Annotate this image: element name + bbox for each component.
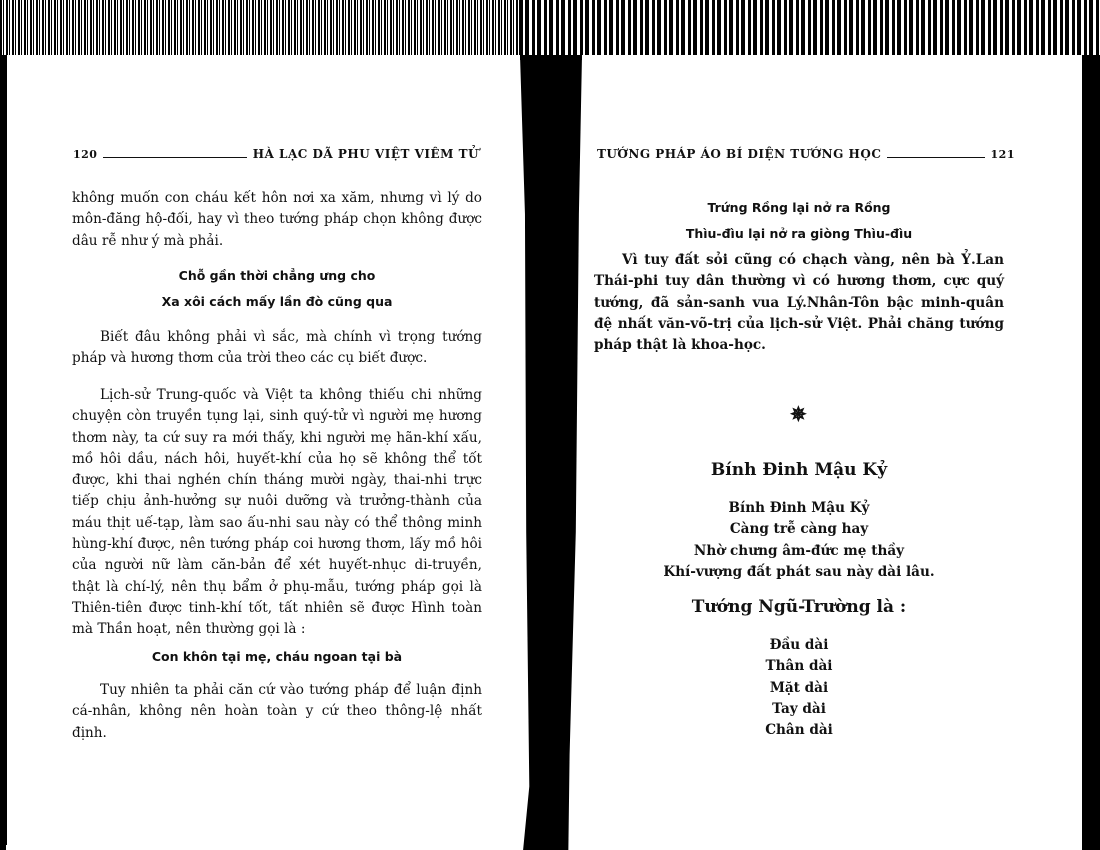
subsection-title: Tướng Ngũ-Trường là : (594, 597, 1004, 617)
paragraph-text: Vì tuy đất sỏi cũng có chạch vàng, nên b… (594, 250, 1004, 356)
header-rule (887, 157, 984, 158)
verse-line: Chỗ gần thời chẳng ưng cho (72, 263, 482, 289)
left-page-edge (0, 55, 7, 850)
verse-line: Xa xôi cách mấy lần đò cũng qua (72, 289, 482, 315)
left-running-head: 120 HÀ LẠC DÃ PHU VIỆT VIÊM TỬ (73, 147, 479, 161)
book-spine-shadow (520, 55, 582, 850)
verse-couplet: Chỗ gần thời chẳng ưng cho Xa xôi cách m… (72, 263, 482, 315)
paragraph: Biết đâu không phải vì sắc, mà chính vì … (72, 327, 482, 370)
verse-line: Con khôn tại mẹ, cháu ngoan tại bà (72, 644, 482, 670)
scan-stripes-right (520, 0, 1100, 60)
paragraph-text: Biết đâu không phải vì sắc, mà chính vì … (72, 327, 482, 370)
poem-line: Bính Đinh Mậu Kỷ (594, 498, 1004, 519)
paragraph-text: Lịch-sử Trung-quốc và Việt ta không thiế… (72, 385, 482, 641)
left-page: 120 HÀ LẠC DÃ PHU VIỆT VIÊM TỬ không muố… (7, 55, 520, 850)
verse-line: Trứng Rồng lại nở ra Rồng (594, 195, 1004, 221)
right-page-edge (1082, 55, 1100, 850)
verse-couplet: Trứng Rồng lại nở ra Rồng Thìu-đìu lại n… (594, 195, 1004, 247)
paragraph: Lịch-sử Trung-quốc và Việt ta không thiế… (72, 385, 482, 641)
poem-line: Khí-vượng đất phát sau này dài lâu. (594, 562, 1004, 583)
poem-line: Nhờ chưng âm-đức mẹ thầy (594, 541, 1004, 562)
list-item: Mặt dài (594, 678, 1004, 699)
section-title: Bính Đinh Mậu Kỷ (594, 460, 1004, 480)
right-running-head: TƯỚNG PHÁP ÁO BÍ DIỆN TƯỚNG HỌC 121 (597, 147, 1015, 161)
list-item: Tay dài (594, 699, 1004, 720)
verse-line-block: Con khôn tại mẹ, cháu ngoan tại bà (72, 644, 482, 670)
page-number: 120 (73, 148, 97, 161)
header-rule (103, 157, 246, 158)
poem-line: Càng trễ càng hay (594, 519, 1004, 540)
paragraph: Vì tuy đất sỏi cũng có chạch vàng, nên b… (594, 250, 1004, 356)
verse-line: Thìu-đìu lại nở ra giòng Thìu-đìu (594, 221, 1004, 247)
book-title-header: TƯỚNG PHÁP ÁO BÍ DIỆN TƯỚNG HỌC (597, 147, 881, 161)
list-item: Chân dài (594, 720, 1004, 741)
right-page: TƯỚNG PHÁP ÁO BÍ DIỆN TƯỚNG HỌC 121 Trứn… (582, 55, 1082, 850)
ornament-star-icon: ✵ (790, 402, 807, 426)
poem: Bính Đinh Mậu Kỷ Càng trễ càng hay Nhờ c… (594, 498, 1004, 583)
feature-list: Đầu dài Thân dài Mặt dài Tay dài Chân dà… (594, 635, 1004, 741)
page-number: 121 (991, 148, 1015, 161)
paragraph-text: Tuy nhiên ta phải căn cứ vào tướng pháp … (72, 680, 482, 744)
list-item: Đầu dài (594, 635, 1004, 656)
paragraph-text: không muốn con cháu kết hôn nơi xa xăm, … (72, 188, 482, 252)
paragraph: không muốn con cháu kết hôn nơi xa xăm, … (72, 188, 482, 252)
list-item: Thân dài (594, 656, 1004, 677)
paragraph: Tuy nhiên ta phải căn cứ vào tướng pháp … (72, 680, 482, 744)
book-title-header: HÀ LẠC DÃ PHU VIỆT VIÊM TỬ (253, 147, 479, 161)
